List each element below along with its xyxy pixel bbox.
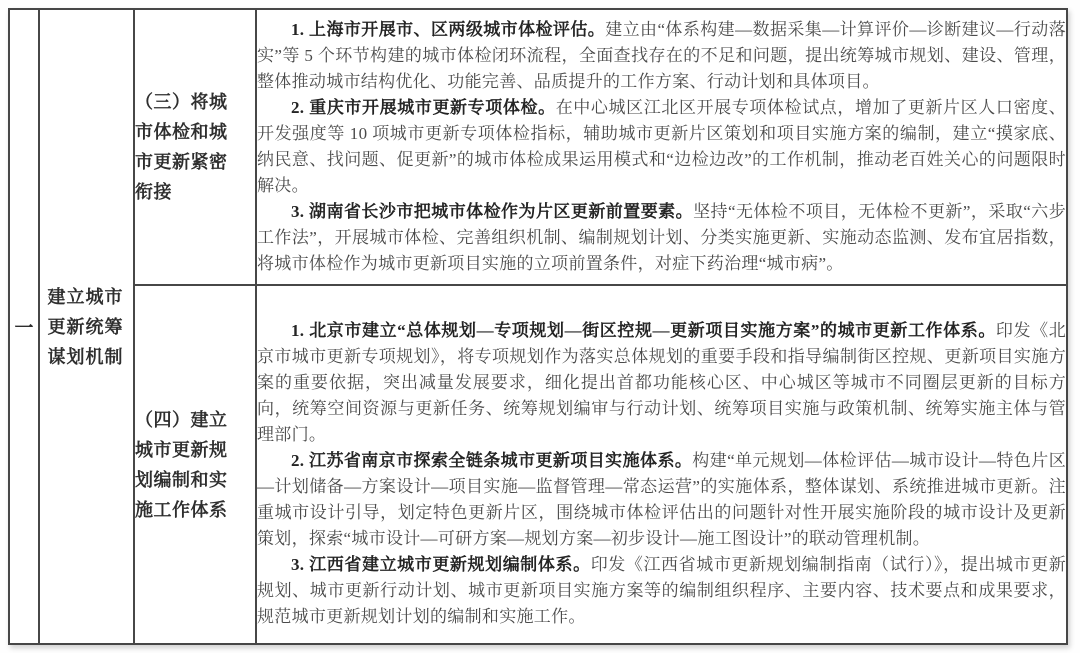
scanned-document-page: 一 建立城市更新统筹谋划机制 （三）将城市体检和城市更新紧密衔接 1. 上海市开… (0, 0, 1080, 653)
section-title-cell: （四）建立城市更新规划编制和实施工作体系 (134, 285, 256, 644)
section-title-label: （四）建立城市更新规划编制和实施工作体系 (135, 405, 233, 525)
section-content-cell: 1. 上海市开展市、区两级城市体检评估。建立由“体系构建—数据采集—计算评价—诊… (256, 9, 1067, 285)
content-paragraph: 2. 重庆市开展城市更新专项体检。在中心城区江北区开展专项体检试点，增加了更新片… (257, 95, 1066, 199)
policy-table: 一 建立城市更新统筹谋划机制 （三）将城市体检和城市更新紧密衔接 1. 上海市开… (8, 8, 1068, 645)
category-label: 建立城市更新统筹谋划机制 (48, 282, 126, 372)
content-paragraph: 2. 江苏省南京市探索全链条城市更新项目实施体系。构建“单元规划—体检评估—城市… (257, 448, 1066, 552)
content-paragraph: 3. 湖南省长沙市把城市体检作为片区更新前置要素。坚持“无体检不项目，无体检不更… (257, 199, 1066, 277)
section-title-cell: （三）将城市体检和城市更新紧密衔接 (134, 9, 256, 285)
category-cell: 建立城市更新统筹谋划机制 (39, 9, 134, 644)
paragraph-lead: 3. 江西省建立城市更新规划编制体系。 (291, 555, 591, 574)
paragraph-lead: 1. 北京市建立“总体规划—专项规划—街区控规—更新项目实施方案”的城市更新工作… (291, 321, 996, 340)
paragraph-lead: 1. 上海市开展市、区两级城市体检评估。 (291, 20, 605, 39)
paragraph-lead: 3. 湖南省长沙市把城市体检作为片区更新前置要素。 (291, 202, 693, 221)
table-row: 一 建立城市更新统筹谋划机制 （三）将城市体检和城市更新紧密衔接 1. 上海市开… (9, 9, 1067, 285)
content-paragraph: 1. 北京市建立“总体规划—专项规划—街区控规—更新项目实施方案”的城市更新工作… (257, 318, 1066, 448)
section-title-label: （三）将城市体检和城市更新紧密衔接 (135, 87, 233, 207)
paragraph-lead: 2. 江苏省南京市探索全链条城市更新项目实施体系。 (291, 451, 692, 470)
table-row: （四）建立城市更新规划编制和实施工作体系 1. 北京市建立“总体规划—专项规划—… (9, 285, 1067, 644)
paragraph-lead: 2. 重庆市开展城市更新专项体检。 (291, 98, 556, 117)
row-index-cell: 一 (9, 9, 39, 644)
section-content-cell: 1. 北京市建立“总体规划—专项规划—街区控规—更新项目实施方案”的城市更新工作… (256, 285, 1067, 644)
content-paragraph: 1. 上海市开展市、区两级城市体检评估。建立由“体系构建—数据采集—计算评价—诊… (257, 17, 1066, 95)
content-paragraph: 3. 江西省建立城市更新规划编制体系。印发《江西省城市更新规划编制指南（试行）》… (257, 552, 1066, 630)
